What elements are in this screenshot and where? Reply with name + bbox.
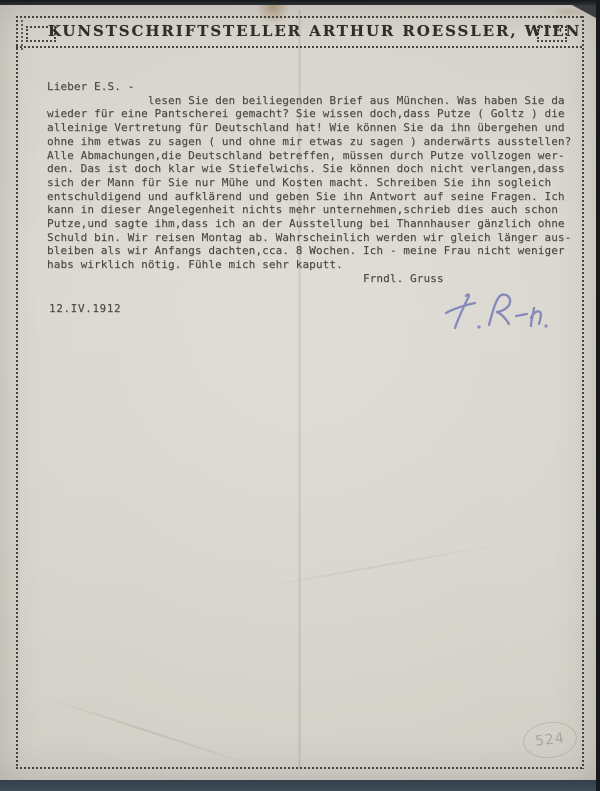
- letter-body-text: Lieber E.S. - lesen Sie den beiliegenden…: [47, 80, 571, 286]
- border-bottom-dotted-line: [16, 767, 584, 769]
- border-left-inner-dotted-line: [21, 20, 23, 50]
- letterhead-title: KUNSTSCHRIFTSTELLER ARTHUR ROESSLER, WIE…: [48, 22, 552, 40]
- border-left-dotted-line: [16, 16, 18, 769]
- pencil-number-text: 524: [534, 730, 565, 750]
- border-right-dotted-line: [582, 16, 584, 769]
- handwritten-signature: [432, 288, 554, 340]
- signature-ink-strokes: [432, 288, 554, 340]
- letter-date: 12.IV.1912: [49, 302, 121, 315]
- paper-corner-clip: [572, 5, 596, 18]
- scanned-letter-page: { "letterhead": { "title": "KUNSTSCHRIFT…: [0, 0, 600, 791]
- border-top-dotted-line: [16, 16, 584, 18]
- diagonal-crease-middle: [252, 542, 508, 589]
- letterhead-underline-dotted: [16, 46, 584, 48]
- scan-edge-right: [596, 0, 600, 791]
- diagonal-crease-bottom-left: [40, 695, 259, 768]
- scan-edge-bottom: [0, 780, 600, 791]
- scan-edge-top: [0, 0, 600, 5]
